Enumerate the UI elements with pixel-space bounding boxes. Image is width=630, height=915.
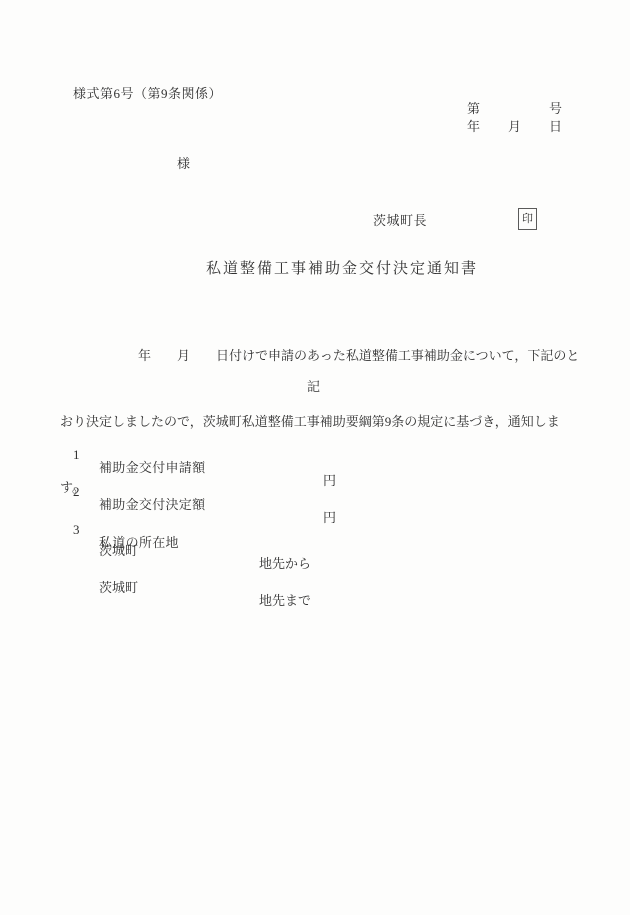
issuer-title: 茨城町長 <box>373 214 427 227</box>
item-decision-amount: 2 補助金交付決定額 円 <box>73 472 86 487</box>
seal-box: 印 <box>518 208 537 230</box>
item-unit-yen: 円 <box>323 474 336 487</box>
date-month-label: 月 <box>508 120 521 133</box>
item-application-amount: 1 補助金交付申請額 円 <box>73 435 86 450</box>
doc-number-prefix: 第 <box>467 102 480 115</box>
form-number: 様式第6号（第9条関係） <box>73 87 222 100</box>
item-label: 補助金交付申請額 <box>99 461 205 474</box>
date-day-label: 日 <box>549 120 562 133</box>
record-marker: 記 <box>307 380 320 393</box>
item-number: 2 <box>73 485 80 498</box>
location-to-line: 茨城町 地先まで <box>99 568 112 583</box>
date-year-label: 年 <box>467 120 480 133</box>
seal-mark: 印 <box>522 214 533 225</box>
location-to-suffix: 地先まで <box>259 594 311 607</box>
item-unit-yen: 円 <box>323 511 336 524</box>
addressee-honorific: 様 <box>177 157 190 170</box>
item-road-location: 3 私道の所在地 <box>73 510 86 525</box>
body-line: 年 月 日付けで申請のあった私道整備工事補助金について，下記のと <box>60 345 585 367</box>
item-number: 3 <box>73 523 80 536</box>
location-from-line: 茨城町 地先から <box>99 531 112 546</box>
document-number-line: 第 号 <box>467 102 562 115</box>
document-title: 私道整備工事補助金交付決定通知書 <box>54 262 630 277</box>
date-line: 年 月 日 <box>467 120 562 133</box>
town-label: 茨城町 <box>99 544 138 557</box>
location-from-suffix: 地先から <box>259 557 311 570</box>
item-label: 補助金交付決定額 <box>99 498 205 511</box>
town-label: 茨城町 <box>99 581 138 594</box>
notice-document-page: 様式第6号（第9条関係） 第 号 年 月 日 様 茨城町長 印 私道整備工事補助… <box>0 0 630 915</box>
doc-number-suffix: 号 <box>549 102 562 115</box>
item-number: 1 <box>73 448 80 461</box>
body-line: おり決定しましたので，茨城町私道整備工事補助要綱第9条の規定に基づき，通知しま <box>60 411 585 433</box>
